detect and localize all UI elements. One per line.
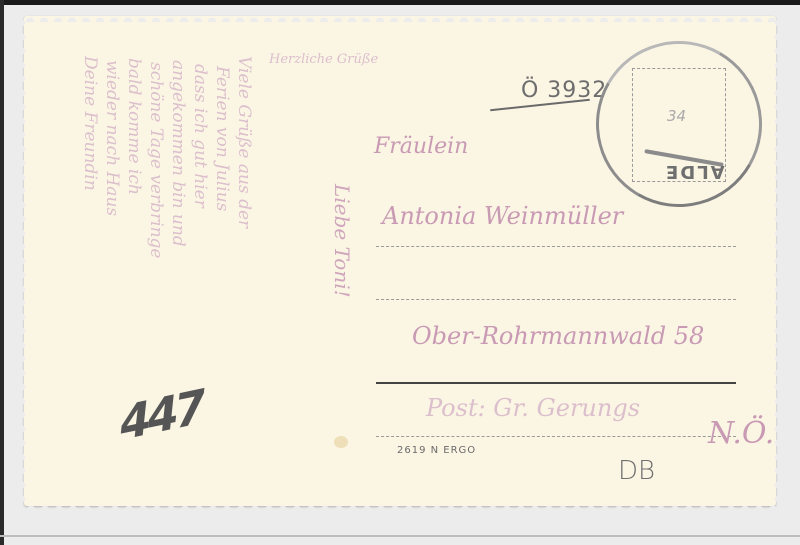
deckle-edge-top xyxy=(24,14,776,22)
pencil-initials: DB xyxy=(618,456,655,486)
message-line: schöne Tage verbringe xyxy=(146,62,166,258)
scan-border-left xyxy=(0,0,4,545)
message-line: wieder nach Haus xyxy=(102,60,122,216)
paper-stain xyxy=(334,436,348,448)
message-line: bald komme ich xyxy=(124,58,144,195)
postmark-place-text: ALDE xyxy=(664,161,725,182)
message-header-note: Herzliche Grüße xyxy=(269,52,378,67)
address-name: Antonia Weinmüller xyxy=(382,202,623,230)
address-title: Fräulein xyxy=(374,134,468,159)
message-line: Viele Grüße aus der xyxy=(234,56,254,228)
deckle-edge-left xyxy=(22,16,28,506)
address-line xyxy=(376,299,736,300)
message-line: angekommen bin und xyxy=(168,60,188,247)
message-line: Ferien von Julius xyxy=(212,66,232,211)
stamp-box-number: 34 xyxy=(667,107,686,125)
address-line xyxy=(376,436,736,437)
deckle-edge-bottom xyxy=(24,502,776,510)
address-region: N.Ö. xyxy=(708,416,774,451)
message-salutation: Liebe Toni! xyxy=(330,184,354,298)
scan-border-bottom xyxy=(0,535,800,537)
message-line: dass ich gut hier xyxy=(190,64,210,208)
address-post: Post: Gr. Gerungs xyxy=(426,394,640,422)
address-line-solid xyxy=(376,382,736,384)
publisher-code: 2619 N ERGO xyxy=(397,445,476,456)
address-line xyxy=(376,246,736,247)
address-street: Ober-Rohrmannwald 58 xyxy=(412,322,704,350)
message-line: Deine Freundin xyxy=(80,56,100,191)
catalog-number: Ö 3932 xyxy=(521,78,607,103)
scan-border-top xyxy=(0,0,800,5)
postcard: Viele Grüße aus der Ferien von Julius da… xyxy=(24,16,776,506)
